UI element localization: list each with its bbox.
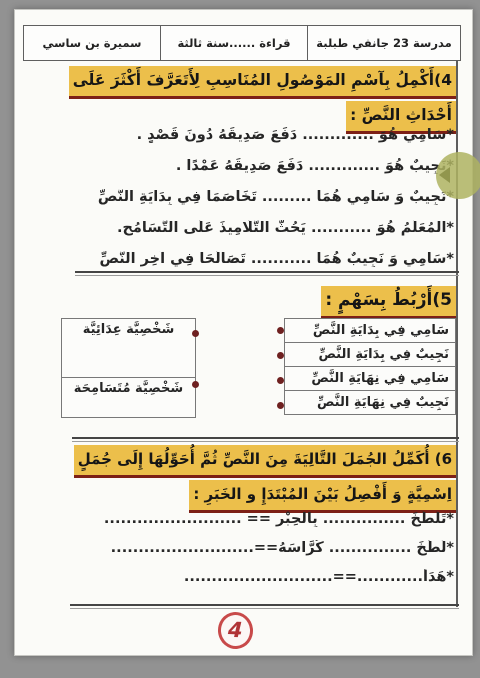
exercise4-item: *سَامِي وَ نَجِيبٌ هُمَا ........... تَص…	[21, 251, 454, 267]
exercise4-title-line1: 4)أَكْمِلُ بِآسْمِ المَوْصُولِ المُنَاسِ…	[69, 66, 456, 99]
subject-and-grade: قراءة ......سنة ثالثة	[160, 26, 307, 60]
match-phrases-box: سَامِي فِي بِدَايَةِ النَّصِّ نَجِيبٌ فِ…	[284, 318, 456, 415]
chevron-left-icon	[439, 167, 450, 183]
worksheet-page: مدرسة 23 جانفي طبلبة قراءة ......سنة ثال…	[14, 9, 473, 656]
personality-option: شَخْصِيَّة عِدَائِيَّة	[62, 319, 195, 377]
connector-dot	[192, 330, 199, 337]
exercise4-heading: 4)أَكْمِلُ بِآسْمِ المَوْصُولِ المُنَاسِ…	[69, 66, 456, 136]
page-curl-button[interactable]	[436, 152, 480, 199]
match-option-row: سَامِي فِي نِهَايَةِ النَّصِّ	[284, 366, 456, 391]
section-divider	[70, 604, 459, 609]
connector-dot	[277, 377, 284, 384]
exercise4-item: *المُعَلِّمُ هُوَ ........... يَحُثُّ ال…	[21, 220, 454, 236]
school-name: مدرسة 23 جانفي طبلبة	[307, 26, 460, 60]
exercise6-item: *لَطَّخَ ............... كُرَّاسَهُ==...…	[21, 540, 454, 556]
right-margin-rule	[456, 60, 458, 607]
exercise6-title-line2: اِسْمِيَّةٍ وَ أَفْصِلُ بَيْنَ المُبْتَد…	[189, 480, 456, 513]
match-option-row: نَجِيبٌ فِي نِهَايَةِ النَّصِّ	[284, 390, 456, 415]
exercise5-heading: 5)أَرْبُطُ بِسَهْمٍ :	[321, 286, 456, 321]
exercise5-title: 5)أَرْبُطُ بِسَهْمٍ :	[321, 286, 456, 319]
teacher-name: سميرة بن ساسي	[24, 26, 160, 60]
section-divider	[72, 437, 459, 442]
page-number-stamp: 4	[216, 610, 255, 650]
exercise6-heading: 6) أُكَمِّلُ الجُمَلَ التَّالِيَةَ مِنَ …	[74, 445, 456, 515]
header-table: مدرسة 23 جانفي طبلبة قراءة ......سنة ثال…	[23, 25, 461, 61]
match-option-row: نَجِيبٌ فِي بِدَايَةِ النَّصِّ	[284, 342, 456, 367]
exercise4-item: *نَجِيبٌ هُوَ ............. دَفَعَ صَدِي…	[21, 158, 454, 174]
personality-options-box: شَخْصِيَّة عِدَائِيَّة شَخْصِيَّة مُتَسَ…	[61, 318, 196, 418]
exercise6-item: *هَدَأَ............==...................…	[21, 569, 454, 585]
connector-dot	[277, 402, 284, 409]
connector-dot	[277, 327, 284, 334]
match-option-row: سَامِي فِي بِدَايَةِ النَّصِّ	[284, 318, 456, 343]
personality-option: شَخْصِيَّة مُتَسَامِحَة	[62, 377, 195, 417]
connector-dot	[277, 352, 284, 359]
page-number: 4	[228, 620, 243, 641]
exercise6-item: *تَلَطَّخَ ............... بِالحِبْرِ ==…	[21, 511, 454, 527]
exercise4-item: *سَامِي هُوَ ............. دَفَعَ صَدِيق…	[21, 127, 454, 143]
connector-dot	[192, 381, 199, 388]
exercise4-item: *نَجِيبٌ وَ سَامِي هُمَا ......... تَخَا…	[21, 189, 454, 205]
exercise6-title-line1: 6) أُكَمِّلُ الجُمَلَ التَّالِيَةَ مِنَ …	[74, 445, 456, 478]
section-divider	[75, 271, 459, 276]
